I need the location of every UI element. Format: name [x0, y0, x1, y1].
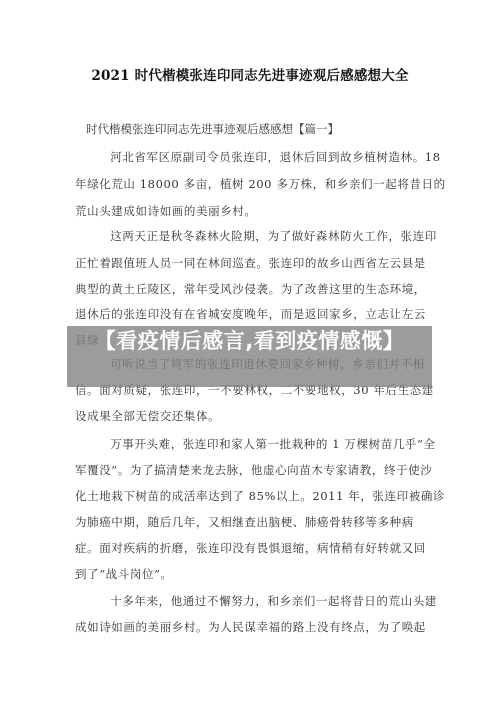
- text-line: 成如诗如画的美丽乡村。为人民谋幸福的路上没有终点，为了唤起: [75, 619, 426, 635]
- document-title: 2021 时代楷模张连印同志先进事迹观后感感想大全: [0, 64, 500, 84]
- text-line: 万事开头难，张连印和家人第一批栽种的 1 万棵树苗几乎“全: [86, 436, 436, 452]
- document-page: 2021 时代楷模张连印同志先进事迹观后感感想大全 时代楷模张连印同志先进事迹观…: [0, 0, 500, 706]
- overlay-headline[interactable]: 【看疫情后感言,看到疫情感慨】: [67, 328, 432, 355]
- text-line: 为肺癌中期，随后几年，又相继查出脑梗、肺癌骨转移等多种病: [75, 514, 414, 530]
- text-line: 典型的黄土丘陵区，常年受风沙侵袭。为了改善这里的生态环境，: [75, 281, 426, 297]
- text-line: 十多年来，他通过不懈努力，和乡亲们一起将昔日的荒山头建: [86, 593, 437, 609]
- text-line: 设成果全部无偿交还集体。: [75, 408, 220, 424]
- text-line: 年绿化荒山 18000 多亩，植树 200 多万株，和乡亲们一起将昔日的: [75, 176, 446, 192]
- text-line: 军覆没”。为了搞清楚来龙去脉，他虚心向苗木专家请教，终于使沙: [75, 462, 432, 478]
- text-line: 这两天正是秋冬森林火险期，为了做好森林防火工作，张连印: [86, 228, 437, 244]
- text-line: 退休后的张连印没有在省城安度晚年，而是返回家乡，立志让左云: [75, 306, 426, 322]
- text-line: 正忙着跟值班人员一同在林间巡查。张连印的故乡山西省左云县是: [75, 255, 426, 271]
- text-line: 河北省军区原副司令员张连印，退休后回到故乡植树造林。18: [86, 149, 441, 165]
- section-heading: 时代楷模张连印同志先进事迹观后感感想【篇一】: [86, 121, 339, 137]
- text-line: 荒山头建成如诗如画的美丽乡村。: [75, 203, 257, 219]
- text-line: 症。面对疾病的折磨，张连印没有畏惧退缩，病情稍有好转就又回: [75, 540, 426, 556]
- text-line: 到了“战斗岗位”。: [75, 566, 173, 582]
- text-line: 化土地栽下树苗的成活率达到了 85%以上。2011 年，张连印被确诊: [75, 488, 445, 504]
